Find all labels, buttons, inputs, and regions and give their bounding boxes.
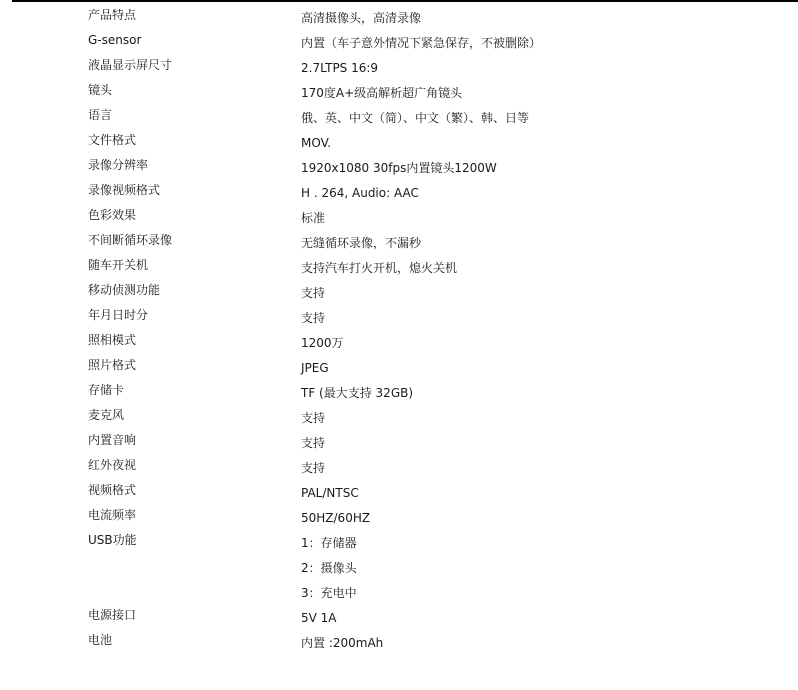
spec-label: 录像视频格式 xyxy=(88,183,160,197)
spec-value: 2.7LTPS 16:9 xyxy=(301,61,378,75)
spec-label: 麦克风 xyxy=(88,408,124,422)
spec-label: 年月日时分 xyxy=(88,308,148,322)
spec-label: 电池 xyxy=(88,633,112,647)
spec-value: 3：充电中 xyxy=(301,586,357,600)
spec-value: 支持 xyxy=(301,436,325,450)
spec-row: 照片格式 JPEG xyxy=(0,358,798,383)
spec-row: 电源接口 5V 1A xyxy=(0,608,798,633)
spec-row: 存储卡 TF (最大支持 32GB) xyxy=(0,383,798,408)
spec-row: 年月日时分 支持 xyxy=(0,308,798,333)
spec-label: 照片格式 xyxy=(88,358,136,372)
spec-label: 移动侦测功能 xyxy=(88,283,160,297)
spec-value: 1200万 xyxy=(301,336,344,350)
spec-label: G-sensor xyxy=(88,33,141,47)
spec-value: 支持 xyxy=(301,411,325,425)
spec-label: 内置音响 xyxy=(88,433,136,447)
spec-row: 色彩效果 标准 xyxy=(0,208,798,233)
spec-row: 录像视频格式 H . 264, Audio: AAC xyxy=(0,183,798,208)
spec-value: H . 264, Audio: AAC xyxy=(301,186,419,200)
spec-value: 1920x1080 30fps内置镜头1200W xyxy=(301,161,497,175)
spec-row: 2：摄像头 xyxy=(0,558,798,583)
spec-label: 文件格式 xyxy=(88,133,136,147)
spec-row: 随车开关机 支持汽车打火开机，熄火关机 xyxy=(0,258,798,283)
spec-label: 视频格式 xyxy=(88,483,136,497)
spec-value: 5V 1A xyxy=(301,611,337,625)
spec-value: 内置 :200mAh xyxy=(301,636,383,650)
spec-row: 文件格式 MOV. xyxy=(0,133,798,158)
top-divider xyxy=(12,0,798,2)
spec-label: 电流频率 xyxy=(88,508,136,522)
spec-label: 录像分辨率 xyxy=(88,158,148,172)
spec-value: 支持 xyxy=(301,311,325,325)
spec-label: 照相模式 xyxy=(88,333,136,347)
spec-value: JPEG xyxy=(301,361,329,375)
spec-row: 产品特点 高清摄像头，高清录像 xyxy=(0,8,798,33)
spec-value: 支持 xyxy=(301,286,325,300)
spec-label: 存储卡 xyxy=(88,383,124,397)
spec-label: 镜头 xyxy=(88,83,112,97)
spec-label: 产品特点 xyxy=(88,8,136,22)
spec-value: 1：存储器 xyxy=(301,536,357,550)
spec-value: 标准 xyxy=(301,211,325,225)
spec-label: 色彩效果 xyxy=(88,208,136,222)
spec-row: 照相模式 1200万 xyxy=(0,333,798,358)
spec-row: 液晶显示屏尺寸 2.7LTPS 16:9 xyxy=(0,58,798,83)
spec-value: PAL/NTSC xyxy=(301,486,359,500)
spec-row: 移动侦测功能 支持 xyxy=(0,283,798,308)
spec-row: USB功能 1：存储器 xyxy=(0,533,798,558)
spec-row: 麦克风 支持 xyxy=(0,408,798,433)
spec-row: 不间断循环录像 无缝循环录像，不漏秒 xyxy=(0,233,798,258)
spec-label: 电源接口 xyxy=(88,608,136,622)
spec-row: 电流频率 50HZ/60HZ xyxy=(0,508,798,533)
spec-label: 随车开关机 xyxy=(88,258,148,272)
spec-label: 红外夜视 xyxy=(88,458,136,472)
spec-value: MOV. xyxy=(301,136,331,150)
spec-value: TF (最大支持 32GB) xyxy=(301,386,413,400)
spec-row: 镜头 170度A+级高解析超广角镜头 xyxy=(0,83,798,108)
spec-row: 电池 内置 :200mAh xyxy=(0,633,798,658)
spec-value: 170度A+级高解析超广角镜头 xyxy=(301,86,462,100)
spec-label: 不间断循环录像 xyxy=(88,233,172,247)
spec-value: 2：摄像头 xyxy=(301,561,357,575)
spec-value: 支持汽车打火开机，熄火关机 xyxy=(301,261,457,275)
spec-label: 语言 xyxy=(88,108,112,122)
spec-row: 录像分辨率 1920x1080 30fps内置镜头1200W xyxy=(0,158,798,183)
spec-value: 高清摄像头，高清录像 xyxy=(301,11,421,25)
spec-row: G-sensor 内置（车子意外情况下紧急保存，不被删除） xyxy=(0,33,798,58)
spec-value: 俄、英、中文（简）、中文（繁）、韩、日等 xyxy=(301,111,529,125)
spec-row: 内置音响 支持 xyxy=(0,433,798,458)
spec-value: 无缝循环录像，不漏秒 xyxy=(301,236,421,250)
spec-row: 红外夜视 支持 xyxy=(0,458,798,483)
spec-value: 50HZ/60HZ xyxy=(301,511,370,525)
spec-value: 内置（车子意外情况下紧急保存，不被删除） xyxy=(301,36,541,50)
spec-row: 语言 俄、英、中文（简）、中文（繁）、韩、日等 xyxy=(0,108,798,133)
spec-value: 支持 xyxy=(301,461,325,475)
spec-row: 3：充电中 xyxy=(0,583,798,608)
spec-row: 视频格式 PAL/NTSC xyxy=(0,483,798,508)
spec-label: USB功能 xyxy=(88,533,137,547)
spec-label: 液晶显示屏尺寸 xyxy=(88,58,172,72)
